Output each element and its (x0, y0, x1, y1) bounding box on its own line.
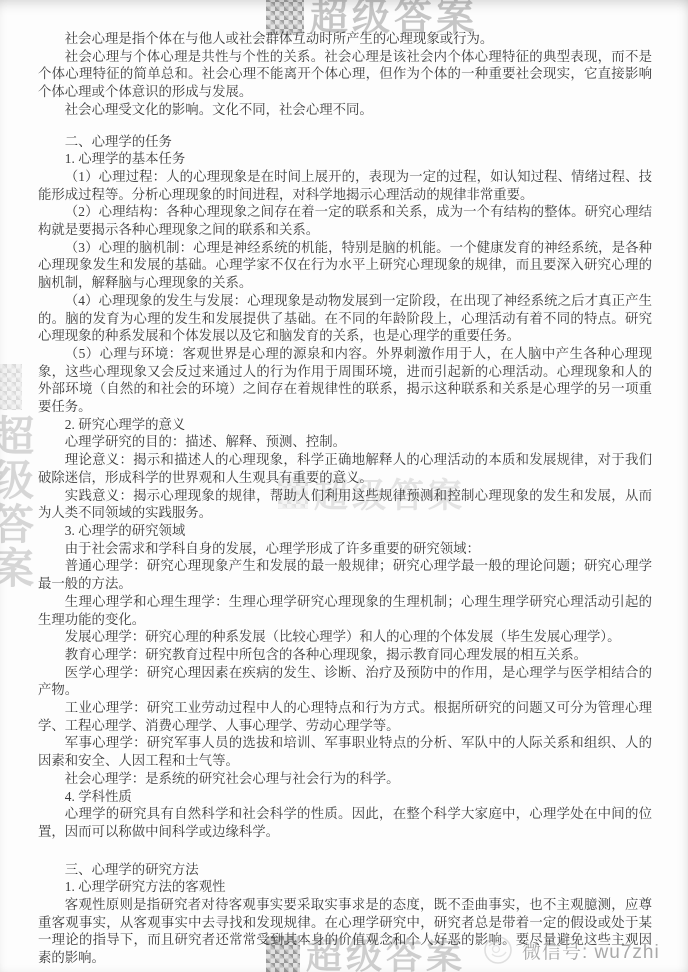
watermark-text: 超级答案 (0, 414, 40, 590)
paragraph: 心理学研究的目的：描述、解释、预测、控制。 (38, 433, 652, 451)
paragraph: 3. 心理学的研究领域 (38, 522, 652, 540)
wechat-stamp-icon (482, 934, 514, 966)
paragraph: 1. 心理学研究方法的客观性 (38, 878, 652, 896)
watermark-logo-icon (0, 364, 22, 410)
paragraph: 社会心理与个体心理是共性与个性的关系。社会心理是该社会内个体心理特征的典型表现，… (38, 48, 652, 101)
paragraph: （4）心理现象的发生与发展：心理现象是动物发展到一定阶段，在出现了神经系统之后才… (38, 292, 652, 345)
paragraph: 普通心理学：研究心理现象产生和发展的最一般规律；研究心理学最一般的理论问题；研究… (38, 557, 652, 592)
paragraph: 教育心理学：研究教育过程中所包含的各种心理现象，揭示教育同心理发展的相互关系。 (38, 646, 652, 664)
document-body: 社会心理是指个体在与他人或社会群体互动时所产生的心理现象或行为。社会心理与个体心… (38, 30, 652, 967)
watermark-left-vertical: 超级答案 (0, 364, 40, 590)
paragraph: 社会心理是指个体在与他人或社会群体互动时所产生的心理现象或行为。 (38, 30, 652, 48)
paragraph: 4. 学科性质 (38, 788, 652, 806)
wechat-id-label: 微信号: wu7zhi (522, 937, 660, 964)
paragraph: 实践意义：揭示心理现象的规律，帮助人们利用这些规律预测和控制心理现象的发生和发展… (38, 487, 652, 522)
paragraph: 社会心理受文化的影响。文化不同，社会心理不同。 (38, 101, 652, 119)
paragraph: 2. 研究心理学的意义 (38, 416, 652, 434)
paragraph: 工业心理学：研究工业劳动过程中人的心理特点和行为方式。根据所研究的问题又可分为管… (38, 699, 652, 734)
paragraph: 生理心理学和心理生理学：生理心理学研究心理现象的生理机制；心理生理学研究心理活动… (38, 593, 652, 628)
paragraph: 理论意义：揭示和描述人的心理现象，科学正确地解释人的心理活动的本质和发展规律，对… (38, 451, 652, 486)
footer-wechat: 微信号: wu7zhi (482, 934, 660, 966)
paragraph: 由于社会需求和学科自身的发展，心理学形成了许多重要的研究领域： (38, 540, 652, 558)
paragraph: （3）心理的脑机制：心理是神经系统的机能，特别是脑的机能。一个健康发育的神经系统… (38, 239, 652, 292)
paragraph: 军事心理学：研究军事人员的选拔和培训、军事职业特点的分析、军队中的人际关系和组织… (38, 734, 652, 769)
paragraph: （1）心理过程：人的心理现象是在时间上展开的，表现为一定的过程，如认知过程、情绪… (38, 168, 652, 203)
scanned-document-page: 超级答案 超级答案 超级答案 超级答案 社会心理是指个体在与他人或社会群体互动时… (0, 0, 688, 972)
paragraph: 1. 心理学的基本任务 (38, 150, 652, 168)
paragraph: （2）心理结构：各种心理现象之间存在着一定的联系和关系，成为一个有结构的整体。研… (38, 203, 652, 238)
paragraph: 三、心理学的研究方法 (38, 861, 652, 879)
paragraph: 发展心理学：研究心理的种系发展（比较心理学）和人的心理的个体发展（毕生发展心理学… (38, 628, 652, 646)
paragraph: 医学心理学：研究心理因素在疾病的发生、诊断、治疗及预防中的作用，是心理学与医学相… (38, 664, 652, 699)
paragraph: 二、心理学的任务 (38, 133, 652, 151)
paragraph: 心理学的研究具有自然科学和社会科学的性质。因此，在整个科学大家庭中，心理学处在中… (38, 805, 652, 840)
paragraph: 社会心理学：是系统的研究社会心理与社会行为的科学。 (38, 770, 652, 788)
paragraph: （5）心理与环境：客观世界是心理的源泉和内容。外界刺激作用于人，在人脑中产生各种… (38, 345, 652, 416)
